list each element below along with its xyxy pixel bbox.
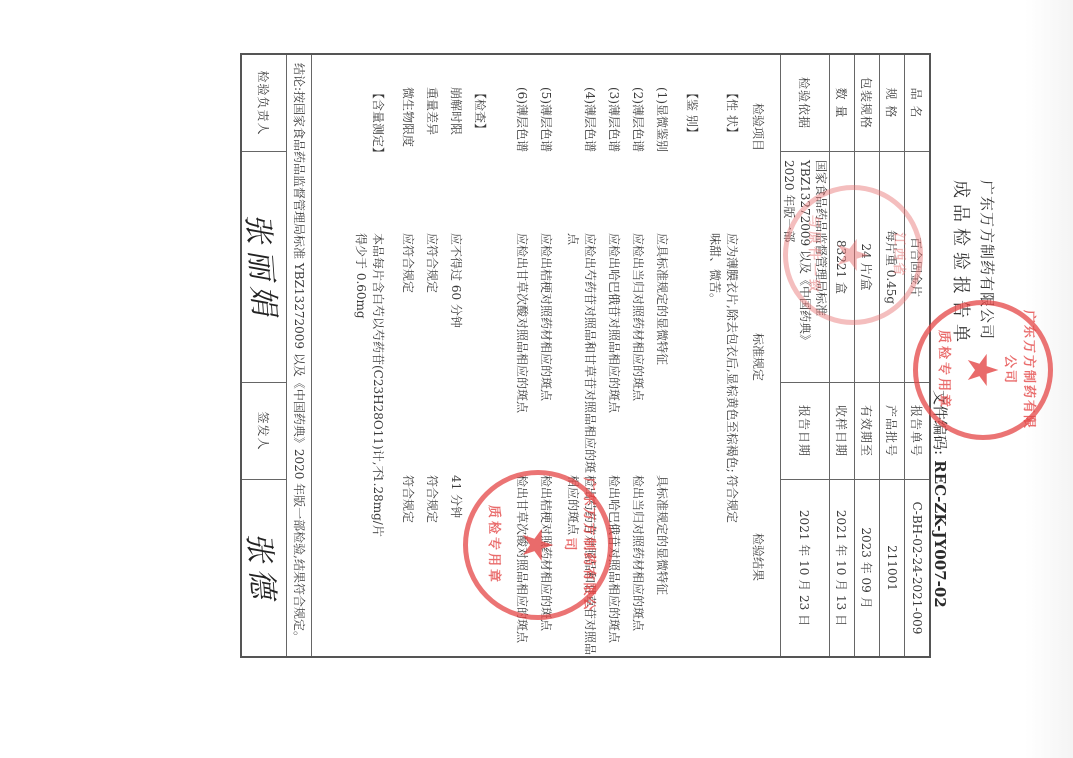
test-items: 检验项目 标准规定 检验结果 【性 状】应为薄膜衣片,除去包衣后,显棕黄色至棕褐… [312, 63, 780, 648]
expiry-label: 有效期至 [855, 383, 880, 480]
report-no-label: 报告单号 [905, 383, 931, 480]
signature-row: 检验负责人 张丽娟 签发人 张德 [241, 54, 287, 657]
star-icon: ★ [959, 351, 1008, 389]
info-row: 检验依据 国家食品药品监督管理局标准 YBZ13272009 以及《中国药典》2… [781, 54, 830, 657]
test-item-item: 【检查】 [471, 87, 488, 217]
report-no: C-BH-02-24-2021-009 [905, 480, 931, 658]
sample-date-label: 收样日期 [830, 383, 855, 480]
batch: 211001 [880, 480, 905, 658]
test-item-result: 符合规定 [723, 475, 740, 665]
test-item-result: 检出甘草次酸对照品相应的斑点 [513, 475, 530, 665]
test-item-result: 检出当归对照药材相应的斑点 [629, 475, 646, 665]
info-row: 规 格 每片重 0.45g 产品批号 211001 [880, 54, 905, 657]
test-item-result: 符合规定 [423, 475, 440, 665]
report-table: 品 名 百合固金片 报告单号 C-BH-02-24-2021-009 规 格 每… [240, 53, 931, 658]
test-item-standard: 应检出当归对照药材相应的斑点 [629, 233, 646, 483]
package: 24 片/盒 [855, 152, 880, 383]
basis-label: 检验依据 [781, 54, 830, 152]
batch-label: 产品批号 [880, 383, 905, 480]
product-name: 百合固金片 [905, 152, 931, 383]
test-item-item: 崩解时限 [447, 87, 464, 217]
info-row: 包装规格 24 片/盒 有效期至 2023 年 09 月 [855, 54, 880, 657]
file-code-label: 文件编码: [931, 390, 949, 455]
test-item-standard: 应不得过 60 分钟 [447, 233, 464, 483]
test-item-item: 【鉴 别】 [683, 87, 700, 217]
test-item-item: (2)薄层色谱 [629, 87, 646, 217]
test-item-result: 具标准规定的显微特征 [653, 475, 670, 665]
test-item-item: (6)薄层色谱 [513, 87, 530, 217]
test-item-standard: 应检出芍药苷对照品和甘草苷对照品相应的斑点 [564, 233, 598, 483]
quantity-label: 数 量 [830, 54, 855, 152]
header-result: 检验结果 [749, 533, 766, 723]
inspector-label: 检验负责人 [241, 54, 287, 152]
report-date-label: 报告日期 [781, 383, 830, 480]
basis: 国家食品药品监督管理局标准 YBZ13272009 以及《中国药典》2020 年… [781, 152, 830, 383]
file-code: 文件编码: REC-ZK-JY007-02 [930, 390, 951, 608]
file-code-value: REC-ZK-JY007-02 [931, 460, 949, 607]
test-item-standard: 应为薄膜衣片,除去包衣后,显棕黄色至棕褐色;味甜、微苦。 [706, 233, 740, 483]
expiry: 2023 年 09 月 [855, 480, 880, 658]
scan-edge [1025, 0, 1073, 758]
test-item-item: (1)显微鉴别 [653, 87, 670, 217]
inspector-signature: 张丽娟 [241, 152, 287, 383]
test-item-item: (3)薄层色谱 [605, 87, 622, 217]
inspection-report-page: 广东万方制药有限公司 成品检验报告单 文件编码: REC-ZK-JY007-02… [0, 0, 1073, 758]
test-item-item: 【含量测定】 [369, 87, 386, 217]
test-item-item: 微生物限度 [399, 87, 416, 217]
info-row: 数 量 83221 盒 收样日期 2021 年 10 月 13 日 [830, 54, 855, 657]
test-item-standard: 应检出哈巴俄苷对照品相应的斑点 [605, 233, 622, 483]
items-section: 检验项目 标准规定 检验结果 【性 状】应为薄膜衣片,除去包衣后,显棕黄色至棕褐… [312, 54, 781, 657]
test-item-result: 41 分钟 [447, 475, 464, 665]
test-item-standard: 应检出甘草次酸对照品相应的斑点 [513, 233, 530, 483]
issuer-label: 签发人 [241, 383, 287, 480]
package-label: 包装规格 [855, 54, 880, 152]
test-item-item: (4)薄层色谱 [581, 87, 598, 217]
test-item-standard: 应检出桔梗对照药材相应的斑点 [537, 233, 554, 483]
conclusion: 结论:按国家食品药品监督管理局标准 YBZ13272009 以及《中国药典》20… [287, 54, 312, 657]
report-date: 2021 年 10 月 23 日 [781, 480, 830, 658]
conclusion-row: 结论:按国家食品药品监督管理局标准 YBZ13272009 以及《中国药典》20… [287, 54, 312, 657]
test-item-item: (5)薄层色谱 [537, 87, 554, 217]
product-name-label: 品 名 [905, 54, 931, 152]
header-item: 检验项目 [749, 103, 766, 233]
spec-label: 规 格 [880, 54, 905, 152]
test-item-result: 符合规定 [399, 475, 416, 665]
test-item-item: 【性 状】 [723, 87, 740, 217]
spec: 每片重 0.45g [880, 152, 905, 383]
test-item-result: 1.28mg/片 [369, 475, 386, 665]
quantity: 83221 盒 [830, 152, 855, 383]
sample-date: 2021 年 10 月 13 日 [830, 480, 855, 658]
test-item-result: 检出桔梗对照药材相应的斑点 [537, 475, 554, 665]
info-row: 品 名 百合固金片 报告单号 C-BH-02-24-2021-009 [905, 54, 931, 657]
test-item-standard: 应符合规定 [399, 233, 416, 483]
test-item-result: 检出芍药苷对照品和甘草苷对照品相应的斑点 [564, 475, 598, 665]
test-item-standard: 应具标准规定的显微特征 [653, 233, 670, 483]
report-title: 成品检验报告单 [949, 180, 975, 348]
test-item-standard: 应符合规定 [423, 233, 440, 483]
issuer-signature: 张德 [241, 480, 287, 658]
test-item-result: 检出哈巴俄苷对照品相应的斑点 [605, 475, 622, 665]
company-name: 广东万方制药有限公司 [977, 180, 998, 340]
test-item-standard: 本品每片含白芍以芍药苷(C23H28O11)计,不得少于 0.60mg [352, 233, 386, 483]
test-item-item: 重量差异 [423, 87, 440, 217]
